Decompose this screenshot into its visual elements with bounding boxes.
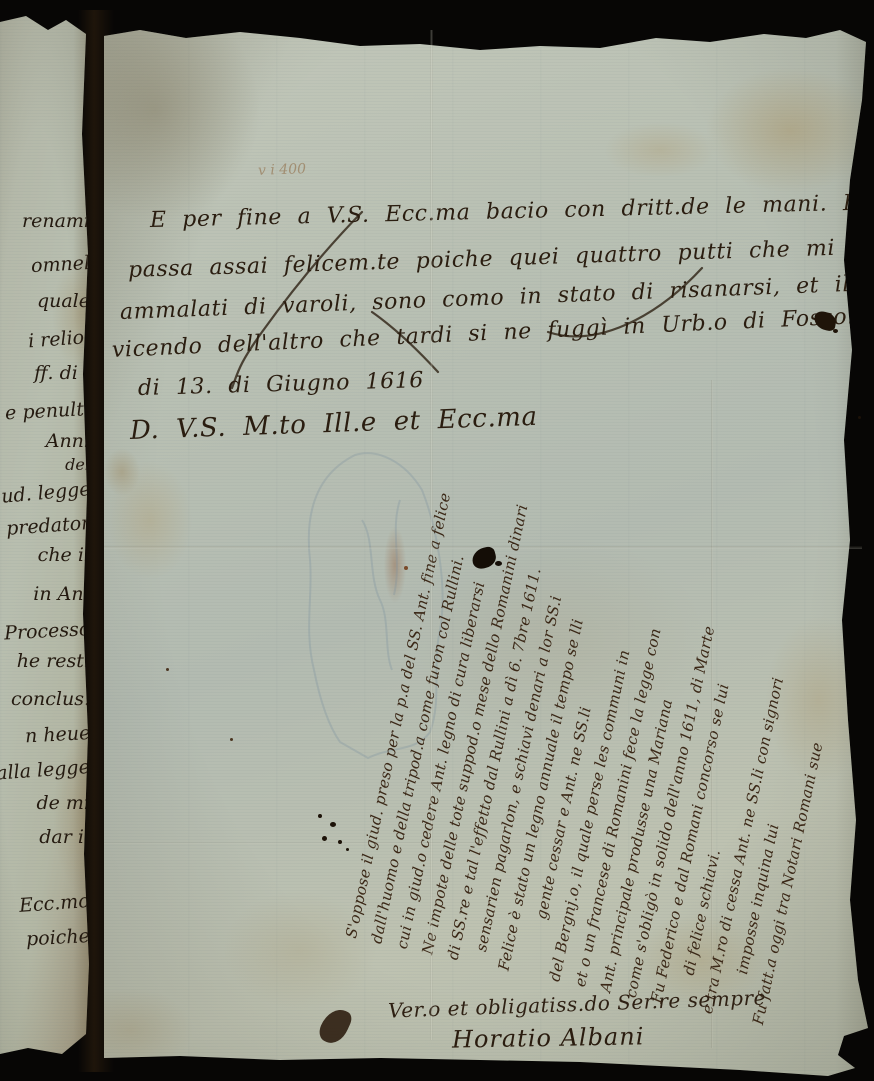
scanned-letter-photo: renamiomnelqualei relioiff. di ie penult…	[0, 0, 874, 1081]
text-fragment-line: de mi	[36, 792, 90, 814]
text-fragment-line: ud. legge	[0, 478, 91, 508]
letter-line: di 13. di Giugno 1616	[138, 368, 425, 401]
text-fragment-line: quale	[37, 290, 90, 312]
text-fragment-line: he resti	[17, 650, 90, 672]
ink-speck	[318, 814, 322, 818]
signature-horatio-albani: Horatio Albani	[452, 1022, 645, 1053]
left-page-strip: renamiomnelqualei relioiff. di ie penult…	[0, 14, 94, 1070]
ink-speck	[346, 848, 349, 851]
ink-speck	[166, 668, 169, 671]
text-fragment-line: n heue	[24, 722, 90, 747]
text-fragment-line: Ecc.mo	[19, 890, 91, 917]
text-fragment-line: omnel	[30, 252, 90, 277]
ink-speck	[404, 566, 408, 570]
letter-line: D. V.S. M.to Ill.e et Ecc.ma	[129, 402, 538, 446]
text-fragment-line: Anni	[46, 430, 90, 452]
text-fragment-line: renami	[22, 210, 90, 232]
ink-speck	[322, 836, 327, 841]
ink-speck	[338, 840, 342, 844]
ink-blot	[495, 561, 502, 566]
text-fragment-line: l Processo	[0, 618, 91, 645]
letter-line: E per fine a V.S. Ecc.ma bacio con dritt…	[150, 186, 874, 233]
text-fragment-line: conclus.	[11, 688, 90, 710]
text-fragment-line: ff. di i	[34, 362, 90, 384]
text-fragment-line: predator	[5, 512, 90, 540]
ink-blot	[833, 329, 838, 333]
text-fragment-line: che il	[38, 544, 90, 566]
text-fragment-line: i relioi	[27, 326, 91, 352]
text-fragment-line: dar il	[39, 826, 90, 848]
faint-ink-note: v i 400	[258, 161, 307, 179]
rotated-marginal-note: Fu fatt.a oggi tra Notari Romani sueimpo…	[338, 505, 862, 1027]
text-fragment-line: in An-	[33, 583, 90, 605]
ink-speck	[858, 416, 861, 419]
text-fragment-line: poiche	[26, 925, 91, 950]
text-fragment-line: e penult.	[5, 398, 91, 424]
text-fragment-line: alla legge	[0, 756, 91, 784]
ink-speck	[230, 738, 233, 741]
ink-speck	[330, 822, 336, 827]
